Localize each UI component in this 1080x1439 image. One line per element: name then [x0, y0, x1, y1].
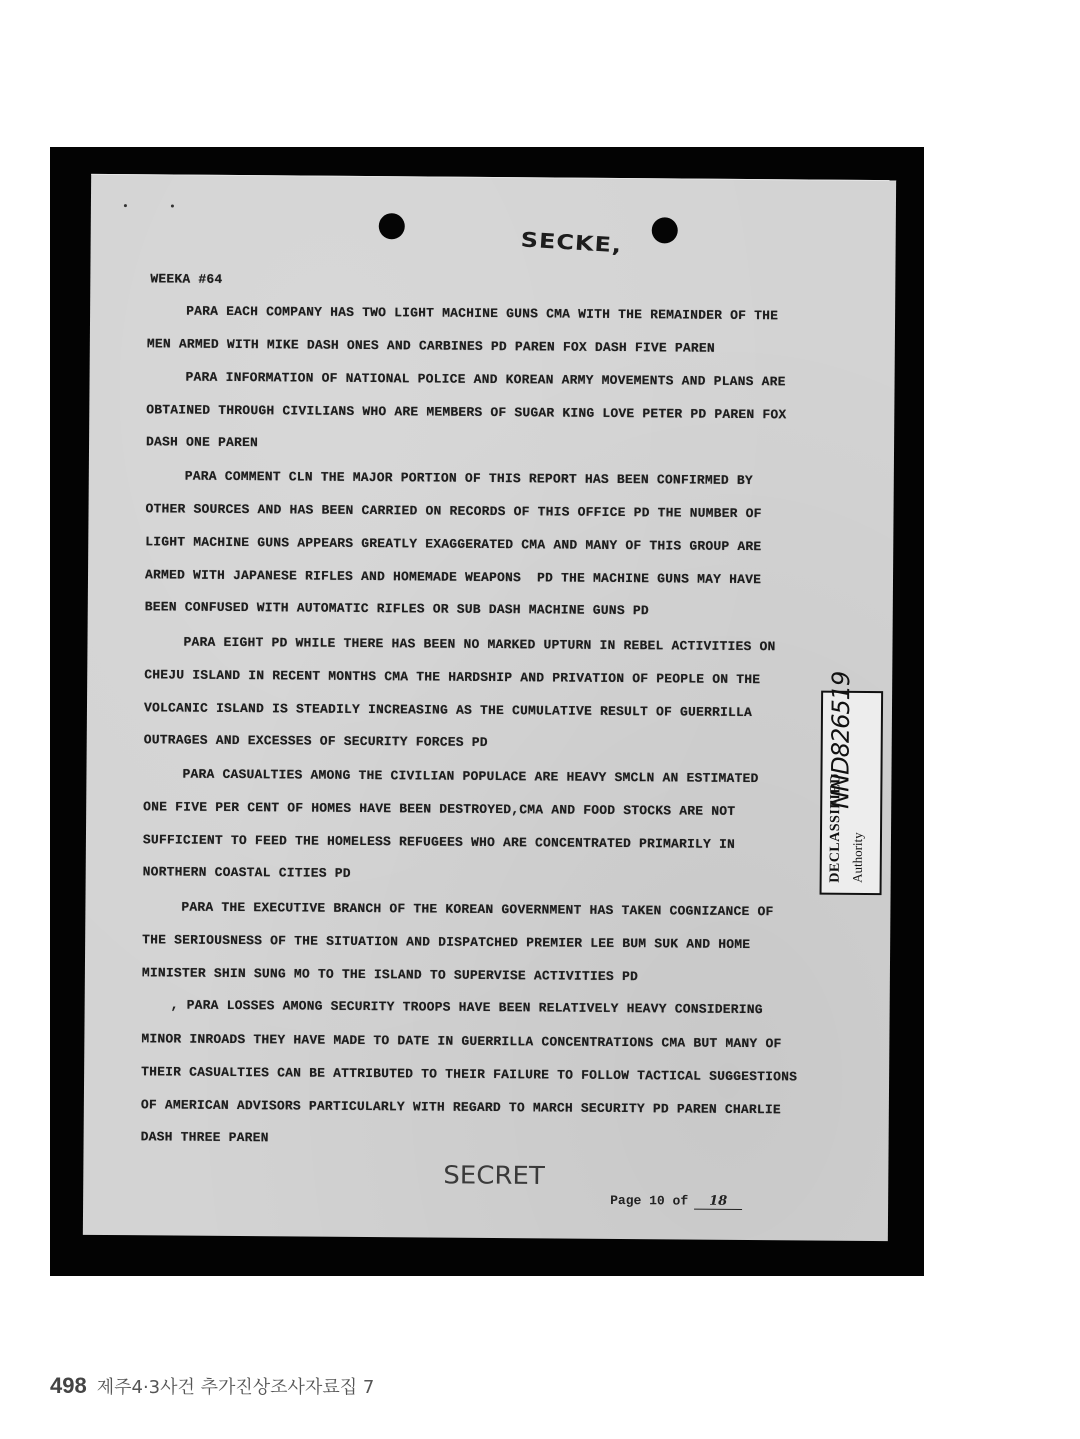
body-line: MINOR INROADS THEY HAVE MADE TO DATE IN … [141, 1031, 781, 1051]
page-total: 18 [694, 1194, 742, 1210]
body-line: MEN ARMED WITH MIKE DASH ONES AND CARBIN… [147, 336, 715, 355]
body-line: THE SERIOUSNESS OF THE SITUATION AND DIS… [142, 932, 750, 952]
body-line: MINISTER SHIN SUNG MO TO THE ISLAND TO S… [142, 965, 638, 984]
page-label: Page 10 of [610, 1193, 688, 1209]
punch-hole-left [379, 213, 405, 239]
body-line: DASH ONE PAREN [146, 434, 258, 450]
body-line: PARA THE EXECUTIVE BRANCH OF THE KOREAN … [181, 900, 773, 920]
declassified-stamp: DECLASSIFIED Authority NND826519 [820, 691, 884, 895]
body-line: BEEN CONFUSED WITH AUTOMATIC RIFLES OR S… [145, 599, 649, 618]
body-line: PARA EACH COMPANY HAS TWO LIGHT MACHINE … [186, 304, 778, 324]
body-line: PARA INFORMATION OF NATIONAL POLICE AND … [186, 370, 786, 390]
body-line: , PARA LOSSES AMONG SECURITY TROOPS HAVE… [171, 998, 763, 1018]
document-id: WEEKA #64 [150, 271, 222, 287]
body-line: PARA CASUALTIES AMONG THE CIVILIAN POPUL… [182, 767, 758, 787]
secret-stamp-bottom: SECRET [443, 1161, 545, 1190]
authority-label: Authority [850, 832, 866, 883]
book-title: 제주4·3사건 추가진상조사자료집 7 [97, 1373, 375, 1399]
authority-number: NND826519 [826, 672, 855, 809]
body-line: NORTHERN COASTAL CITIES PD [143, 864, 351, 881]
body-line: ONE FIVE PER CENT OF HOMES HAVE BEEN DES… [143, 799, 735, 819]
book-page-number: 498 [50, 1373, 87, 1399]
book-footer: 498 제주4·3사건 추가진상조사자료집 7 [50, 1373, 374, 1399]
body-line: OUTRAGES AND EXCESSES OF SECURITY FORCES… [144, 732, 488, 750]
body-line: ARMED WITH JAPANESE RIFLES AND HOMEMADE … [145, 567, 761, 587]
paper-speck [171, 204, 174, 207]
punch-hole-right [652, 217, 678, 243]
body-line: LIGHT MACHINE GUNS APPEARS GREATLY EXAGG… [145, 534, 761, 554]
body-line: SUFFICIENT TO FEED THE HOMELESS REFUGEES… [143, 832, 735, 852]
body-line: THEIR CASUALTIES CAN BE ATTRIBUTED TO TH… [141, 1064, 797, 1084]
body-line: PARA COMMENT CLN THE MAJOR PORTION OF TH… [185, 469, 753, 488]
body-line: OTHER SOURCES AND HAS BEEN CARRIED ON RE… [145, 501, 761, 521]
paper-speck [124, 204, 127, 207]
secret-stamp-top: SECKE, [520, 228, 623, 258]
body-line: OBTAINED THROUGH CIVILIANS WHO ARE MEMBE… [146, 402, 786, 422]
document-page: SECKE, WEEKA #64 PARA EACH COMPANY HAS T… [83, 174, 896, 1241]
body-line: VOLCANIC ISLAND IS STEADILY INCREASING A… [144, 700, 752, 720]
body-line: OF AMERICAN ADVISORS PARTICULARLY WITH R… [141, 1097, 781, 1117]
body-line: PARA EIGHT PD WHILE THERE HAS BEEN NO MA… [183, 635, 775, 655]
page-indicator: Page 10 of18 [610, 1193, 742, 1210]
body-line: DASH THREE PAREN [141, 1129, 269, 1145]
body-line: CHEJU ISLAND IN RECENT MONTHS CMA THE HA… [144, 667, 760, 687]
